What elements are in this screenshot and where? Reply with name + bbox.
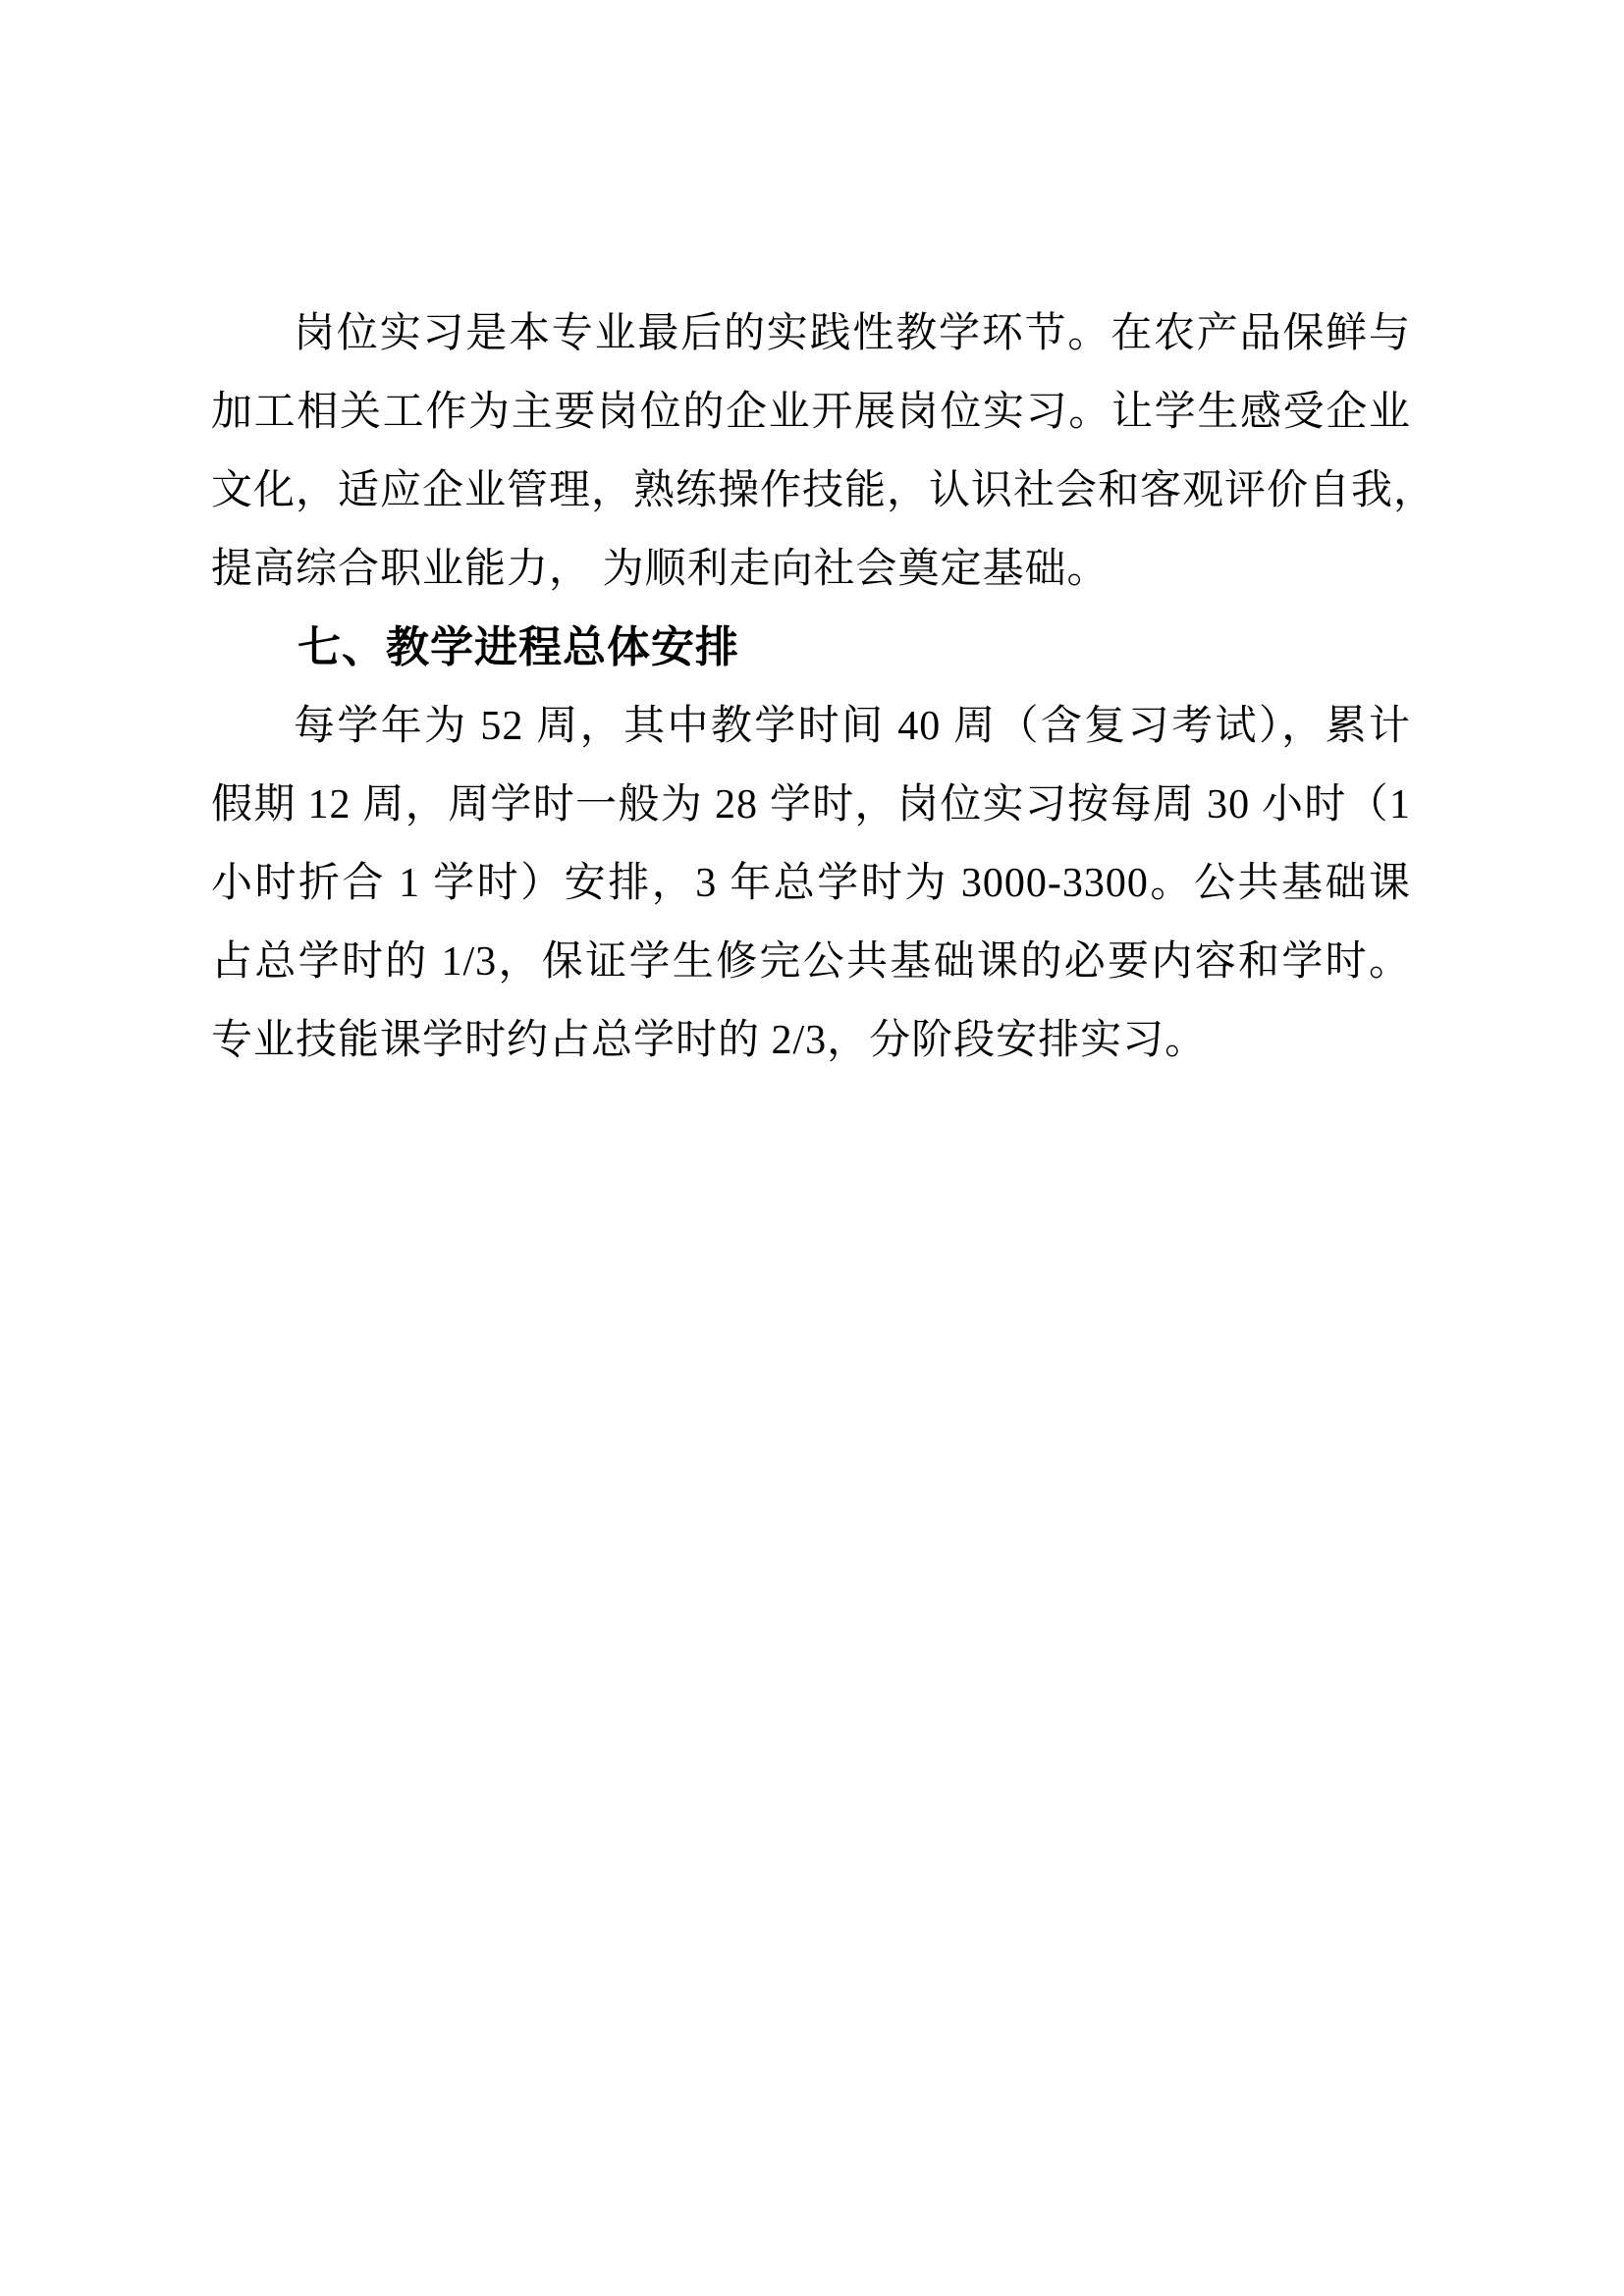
paragraph-line: 小时折合 1 学时）安排，3 年总学时为 3000-3300。公共基础课 <box>211 844 1411 923</box>
paragraph-line: 占总学时的 1/3，保证学生修完公共基础课的必要内容和学时。 <box>211 923 1411 1001</box>
document-text-block: 岗位实习是本专业最后的实践性教学环节。在农产品保鲜与 加工相关工作为主要岗位的企… <box>211 294 1411 1080</box>
paragraph-line: 文化，适应企业管理，熟练操作技能，认识社会和客观评价自我， <box>211 452 1411 530</box>
paragraph-line: 提高综合职业能力， 为顺利走向社会奠定基础。 <box>211 530 1411 609</box>
paragraph-line: 加工相关工作为主要岗位的企业开展岗位实习。让学生感受企业 <box>211 373 1411 452</box>
paragraph-line: 假期 12 周，周学时一般为 28 学时，岗位实习按每周 30 小时（1 <box>211 766 1411 844</box>
section-heading: 七、教学进程总体安排 <box>211 609 1411 687</box>
paragraph-line: 专业技能课学时约占总学时的 2/3，分阶段安排实习。 <box>211 1001 1411 1080</box>
paragraph-line: 岗位实习是本专业最后的实践性教学环节。在农产品保鲜与 <box>211 294 1411 373</box>
paragraph-line: 每学年为 52 周，其中教学时间 40 周（含复习考试），累计 <box>211 687 1411 766</box>
document-page: 岗位实习是本专业最后的实践性教学环节。在农产品保鲜与 加工相关工作为主要岗位的企… <box>0 0 1624 2296</box>
